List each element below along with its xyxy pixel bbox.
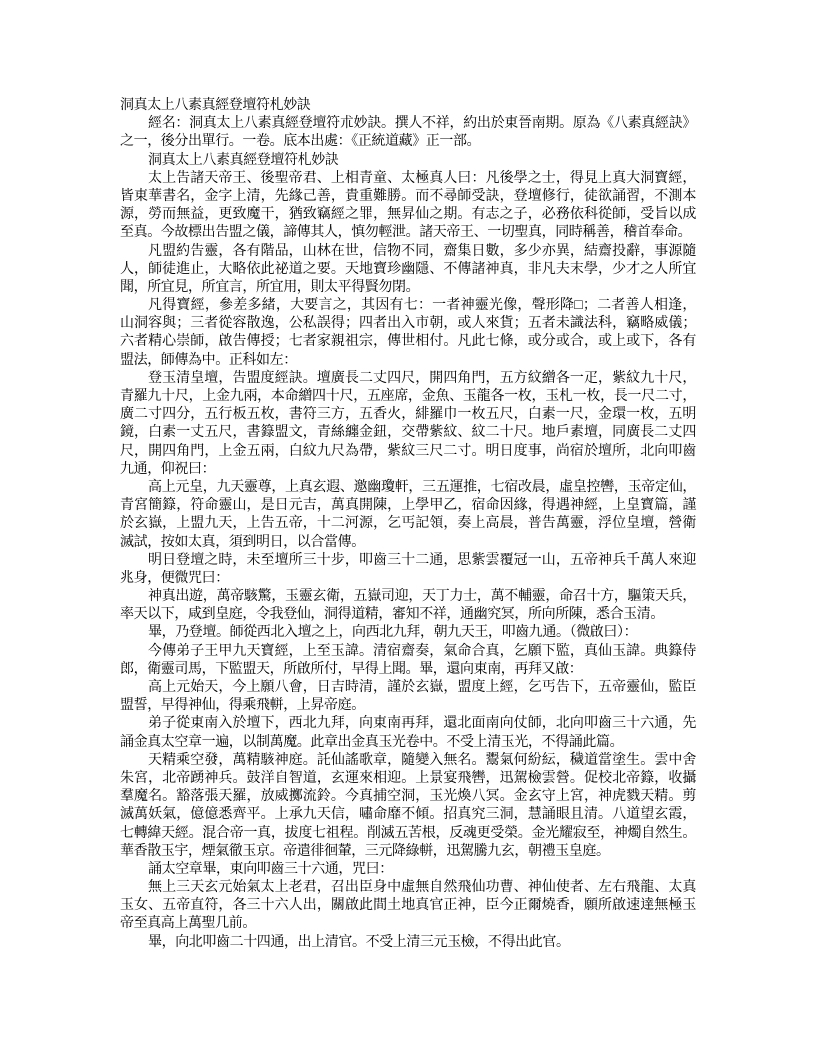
text-line: 源，勞而無益，更致魔干，猶致竊經之罪，無昇仙之期。有志之子，必務依科從師，受旨以…	[120, 206, 696, 224]
paragraph: 凡盟約告靈，各有階品，山林在世，信物不同，齋集日數，多少亦異，結齋投辭，事源隨 …	[120, 243, 696, 298]
text-line: 皆東華書名，金字上清，先緣己善，貴重難勝。而不尋師受訣，登壇修行，徒欲誦習，不測…	[120, 188, 696, 206]
paragraph: 誦太空章畢，東向叩齒三十六通，咒曰：	[120, 861, 696, 879]
text-line: 滅試，按如太真，須到明日，以合當傳。	[120, 534, 696, 552]
paragraph: 登玉清皇壇，告盟度經訣。壇廣長二丈四尺，開四角門，五方紋繒各一疋，紫紋九十尺， …	[120, 370, 696, 479]
text-line: 畢，乃登壇。師從西北入壇之上，向西北九拜，朝九天王，叩齒九通。（微啟曰）：	[120, 624, 696, 642]
text-line: 鏡，白素一丈五尺，書籙盟文，青絲纏金鈕，交帶紫紋、紋二十尺。地戶素壇，同廣長二丈…	[120, 424, 696, 442]
paragraph: 高上元始天，今上願八會，日吉時清，謹於玄嶽，盟度上經，乞丐告下，五帝靈仙，監臣 …	[120, 679, 696, 715]
text-line: 無上三天玄元始氣太上老君，召出臣身中虛無自然飛仙功曹、神仙使者、左右飛龍、太真	[120, 879, 696, 897]
paragraph: 無上三天玄元始氣太上老君，召出臣身中虛無自然飛仙功曹、神仙使者、左右飛龍、太真 …	[120, 879, 696, 934]
text-line: 朱宮，北帝踴神兵。鼓洋自智道，玄運來相迎。上景宴飛轡，迅駕檢雲營。促校北帝籙，收…	[120, 770, 696, 788]
paragraph: 畢，乃登壇。師從西北入壇之上，向西北九拜，朝九天王，叩齒九通。（微啟曰）：	[120, 624, 696, 642]
text-line: 六者精心崇師，啟告傳授；七者家親祖宗，傳世相付。凡此七條，或分或合，或上或下，各…	[120, 333, 696, 351]
paragraph: 今傳弟子王甲九天寶經，上至玉諱。清宿齋奏，氣命合真，乞願下監，真仙玉諱。典籙侍 …	[120, 643, 696, 679]
paragraph: 太上告諸天帝王、後聖帝君、上相青童、太極真人曰：凡後學之士，得見上真大洞寶經， …	[120, 170, 696, 243]
text-line: 凡得寶經，參差多緒，大要言之，其因有七：一者神靈光像，聲形降□；二者善人相逢，	[120, 297, 696, 315]
text-line: 七轉緯天經。混合帝一真，拔度七祖程。削滅五苦根，反魂更受榮。金光耀寂至，神燭自然…	[120, 825, 696, 843]
paragraph-source-note: 經名：洞真太上八素真經登壇符朮妙訣。撰人不祥，約出於東晉南期。原為《八素真經訣》…	[120, 115, 696, 151]
text-line: 於玄嶽，上盟九天，上告五帝，十二河源，乞丐記領，奏上高晨，普告萬靈，浮位皇壇，營…	[120, 515, 696, 533]
text-line: 高上元皇，九天靈尊，上真玄遐、邀幽瓊軒，三五運推，七宿改晨，虛皇控轡，玉帝定仙，	[120, 479, 696, 497]
text-line: 尺，開四角門，上金五兩，白紋九尺為帶，紫紋三尺二寸。明日度事，尚宿於壇所，北向叩…	[120, 443, 696, 461]
text-line: 人，師徒進止，大略依此祕道之要。天地寶珍幽隱、不傳諸神真，非凡夫末學，少才之人所…	[120, 261, 696, 279]
text-line: 廣二寸四分，五行板五枚，書符三方，五香火，緋羅巾一枚五尺，白素一尺，金環一枚，五…	[120, 406, 696, 424]
text-line: 畢，向北叩齒二十四通，出上清官。不受上清三元玉檢，不得出此官。	[120, 934, 696, 952]
document-page: 洞真太上八素真經登壇符札妙訣 經名：洞真太上八素真經登壇符朮妙訣。撰人不祥，約出…	[0, 0, 816, 1056]
text-line: 盟誓，早得神仙，得乘飛軿，上昇帝庭。	[120, 697, 696, 715]
text-line: 率天以下，咸到皇庭，令我登仙，洞得道精，審知不祥，通幽究冥，所向所陳，悉合玉清。	[120, 606, 696, 624]
text-line: 山洞容與；三者從容散逸，公私誤得；四者出入市朝，或人來貨；五者未識法科，竊略威儀…	[120, 315, 696, 333]
text-line: 明日登壇之時，未至壇所三十步，叩齒三十二通，思紫雲覆冠一山，五帝神兵千萬人來迎	[120, 552, 696, 570]
text-line: 誦太空章畢，東向叩齒三十六通，咒曰：	[120, 861, 696, 879]
text-line: 青宮簡籙，符命靈山，是日元吉，萬真開陳，上學甲乙，宿命因緣，得遇神經，上皇寶篇，…	[120, 497, 696, 515]
paragraph: 畢，向北叩齒二十四通，出上清官。不受上清三元玉檢，不得出此官。	[120, 934, 696, 952]
document-body: 洞真太上八素真經登壇符札妙訣 經名：洞真太上八素真經登壇符朮妙訣。撰人不祥，約出…	[120, 97, 696, 952]
paragraph: 明日登壇之時，未至壇所三十步，叩齒三十二通，思紫雲覆冠一山，五帝神兵千萬人來迎 …	[120, 552, 696, 588]
text-line: 之一，後分出單行。一卷。底本出處：《正統道藏》正一部。	[120, 133, 696, 151]
text-line: 聞，所宜見，所宜言，所宜用，則太平得賢勿閉。	[120, 279, 696, 297]
text-line: 高上元始天，今上願八會，日吉時清，謹於玄嶽，盟度上經，乞丐告下，五帝靈仙，監臣	[120, 679, 696, 697]
text-line: 玉女、五帝直符，各三十六人出，關啟此間土地真官正神，臣今正爾燒香，願所啟速達無極…	[120, 897, 696, 915]
text-line: 登玉清皇壇，告盟度經訣。壇廣長二丈四尺，開四角門，五方紋繒各一疋，紫紋九十尺，	[120, 370, 696, 388]
document-title: 洞真太上八素真經登壇符札妙訣	[120, 97, 696, 115]
text-line: 天精乘空發，萬精駭神庭。託仙謠歌章，隨變入無名。鬻氣何紛紜，穢道當塗生。雲中舍	[120, 752, 696, 770]
text-line: 九通，仰祝曰：	[120, 461, 696, 479]
paragraph: 高上元皇，九天靈尊，上真玄遐、邀幽瓊軒，三五運推，七宿改晨，虛皇控轡，玉帝定仙，…	[120, 479, 696, 552]
section-heading: 洞真太上八素真經登壇符札妙訣	[120, 152, 696, 170]
text-line: 青羅九十尺，上金九兩，本命繒四十尺，五座席，金魚、玉龍各一枚，玉札一枚，長一尺二…	[120, 388, 696, 406]
text-line: 兆身，便微咒曰：	[120, 570, 696, 588]
paragraph: 神真出遊，萬帝駭驚，玉靈玄衛，五嶽司迎，天丁力士，萬不輔靈，命召十方，驅策天兵，…	[120, 588, 696, 624]
paragraph: 弟子從東南入於壇下，西北九拜，向東南再拜，還北面南向仗師，北向叩齒三十六通，先 …	[120, 715, 696, 751]
text-line: 神真出遊，萬帝駭驚，玉靈玄衛，五嶽司迎，天丁力士，萬不輔靈，命召十方，驅策天兵，	[120, 588, 696, 606]
text-line: 今傳弟子王甲九天寶經，上至玉諱。清宿齋奏，氣命合真，乞願下監，真仙玉諱。典籙侍	[120, 643, 696, 661]
text-line: 羣魔名。豁落張天羅，放威擲流鈴。今真捕空洞，玉光煥八冥。金玄守上宮，神虎戮天精。…	[120, 788, 696, 806]
text-line: 太上告諸天帝王、後聖帝君、上相青童、太極真人曰：凡後學之士，得見上真大洞寶經，	[120, 170, 696, 188]
text-line: 郎，衛靈司馬，下監盟天，所啟所付，早得上聞。畢，還向東南，再拜又啟：	[120, 661, 696, 679]
text-line: 華香散玉宇，煙氣徹玉京。帝遣徘徊輦，三元降綠軿，迅駕騰九玄，朝禮玉皇庭。	[120, 843, 696, 861]
text-line: 滅萬妖氣，億億悉齊平。上承九天信，嘯命靡不傾。招真究三洞，慧誦眼且清。八道望玄霞…	[120, 806, 696, 824]
text-line: 經名：洞真太上八素真經登壇符朮妙訣。撰人不祥，約出於東晉南期。原為《八素真經訣》	[120, 115, 696, 133]
text-line: 至真。今故標出告盟之儀，諦傳其人，慎勿輕泄。諸天帝王、一切聖真，同時稱善，稽首奉…	[120, 224, 696, 242]
text-line: 盟法，師傳為中。正科如左：	[120, 352, 696, 370]
paragraph: 凡得寶經，參差多緒，大要言之，其因有七：一者神靈光像，聲形降□；二者善人相逢， …	[120, 297, 696, 370]
text-line: 凡盟約告靈，各有階品，山林在世，信物不同，齋集日數，多少亦異，結齋投辭，事源隨	[120, 243, 696, 261]
paragraph-verse: 天精乘空發，萬精駭神庭。託仙謠歌章，隨變入無名。鬻氣何紛紜，穢道當塗生。雲中舍 …	[120, 752, 696, 861]
text-line: 弟子從東南入於壇下，西北九拜，向東南再拜，還北面南向仗師，北向叩齒三十六通，先	[120, 715, 696, 733]
paragraph-subtitle: 洞真太上八素真經登壇符札妙訣	[120, 152, 696, 170]
text-line: 帝至真高上萬聖几前。	[120, 915, 696, 933]
text-line: 誦金真太空章一遍，以制萬魔。此章出金真玉光卷中。不受上清玉光，不得誦此篇。	[120, 734, 696, 752]
